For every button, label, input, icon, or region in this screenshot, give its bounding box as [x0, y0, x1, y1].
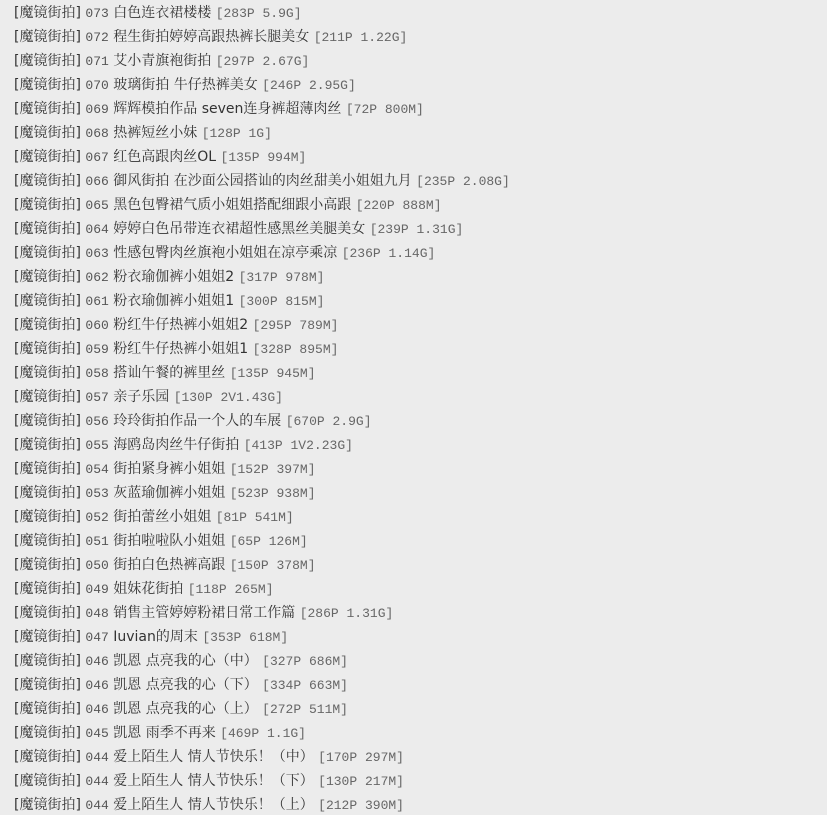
- list-item[interactable]: [魔镜街拍] 047 Iuvian的周末 [353P 618M]: [0, 625, 827, 649]
- item-number: 059: [85, 342, 108, 357]
- item-number: 062: [85, 270, 108, 285]
- list-item[interactable]: [魔镜街拍] 060 粉红牛仔热裤小姐姐2 [295P 789M]: [0, 313, 827, 337]
- series-tag: [魔镜街拍]: [14, 317, 81, 333]
- item-meta: [130P 2V1.43G]: [174, 390, 283, 405]
- item-meta: [353P 618M]: [202, 630, 288, 645]
- item-number: 057: [85, 390, 108, 405]
- item-number: 055: [85, 438, 108, 453]
- item-title: 凯恩 点亮我的心（中）: [113, 653, 257, 669]
- list-item[interactable]: [魔镜街拍] 044 爱上陌生人 情人节快乐！（下） [130P 217M]: [0, 769, 827, 793]
- series-tag: [魔镜街拍]: [14, 533, 81, 549]
- series-tag: [魔镜街拍]: [14, 629, 81, 645]
- series-tag: [魔镜街拍]: [14, 53, 81, 69]
- list-item[interactable]: [魔镜街拍] 065 黑色包臀裙气质小姐姐搭配细跟小高跟 [220P 888M]: [0, 193, 827, 217]
- item-title: 亲子乐园: [113, 389, 169, 405]
- item-title: 程生街拍婷婷高跟热裤长腿美女: [113, 29, 309, 45]
- item-meta: [152P 397M]: [230, 462, 316, 477]
- item-title: 粉衣瑜伽裤小姐姐1: [113, 293, 234, 309]
- item-title: 艾小青旗袍街拍: [113, 53, 211, 69]
- item-meta: [81P 541M]: [216, 510, 294, 525]
- item-number: 044: [85, 750, 108, 765]
- item-number: 058: [85, 366, 108, 381]
- item-number: 066: [85, 174, 108, 189]
- item-meta: [295P 789M]: [253, 318, 339, 333]
- item-number: 073: [85, 6, 108, 21]
- item-meta: [65P 126M]: [230, 534, 308, 549]
- series-tag: [魔镜街拍]: [14, 749, 81, 765]
- list-item[interactable]: [魔镜街拍] 053 灰蓝瑜伽裤小姐姐 [523P 938M]: [0, 481, 827, 505]
- item-meta: [670P 2.9G]: [286, 414, 372, 429]
- list-item[interactable]: [魔镜街拍] 059 粉红牛仔热裤小姐姐1 [328P 895M]: [0, 337, 827, 361]
- item-number: 072: [85, 30, 108, 45]
- item-title: 御风街拍 在沙面公园搭讪的肉丝甜美小姐姐九月: [113, 173, 411, 189]
- series-tag: [魔镜街拍]: [14, 437, 81, 453]
- item-title: 玻璃街拍 牛仔热裤美女: [113, 77, 257, 93]
- list-item[interactable]: [魔镜街拍] 068 热裤短丝小妹 [128P 1G]: [0, 121, 827, 145]
- item-meta: [246P 2.95G]: [262, 78, 356, 93]
- item-title: 凯恩 雨季不再来: [113, 725, 215, 741]
- item-meta: [297P 2.67G]: [216, 54, 310, 69]
- item-title: 街拍紧身裤小姐姐: [113, 461, 225, 477]
- series-tag: [魔镜街拍]: [14, 221, 81, 237]
- item-title: 爱上陌生人 情人节快乐！（中）: [113, 749, 313, 765]
- series-tag: [魔镜街拍]: [14, 341, 81, 357]
- item-meta: [72P 800M]: [346, 102, 424, 117]
- series-tag: [魔镜街拍]: [14, 365, 81, 381]
- item-number: 060: [85, 318, 108, 333]
- list-item[interactable]: [魔镜街拍] 069 辉辉模拍作品 seven连身裤超薄肉丝 [72P 800M…: [0, 97, 827, 121]
- item-title: 姐妹花街拍: [113, 581, 183, 597]
- item-number: 061: [85, 294, 108, 309]
- series-tag: [魔镜街拍]: [14, 773, 81, 789]
- item-number: 063: [85, 246, 108, 261]
- item-number: 050: [85, 558, 108, 573]
- list-item[interactable]: [魔镜街拍] 067 红色高跟肉丝OL [135P 994M]: [0, 145, 827, 169]
- list-item[interactable]: [魔镜街拍] 044 爱上陌生人 情人节快乐！（上） [212P 390M]: [0, 793, 827, 815]
- item-title: 粉红牛仔热裤小姐姐1: [113, 341, 248, 357]
- list-item[interactable]: [魔镜街拍] 073 白色连衣裙楼楼 [283P 5.9G]: [0, 1, 827, 25]
- item-number: 067: [85, 150, 108, 165]
- item-title: 灰蓝瑜伽裤小姐姐: [113, 485, 225, 501]
- list-item[interactable]: [魔镜街拍] 061 粉衣瑜伽裤小姐姐1 [300P 815M]: [0, 289, 827, 313]
- item-title: 街拍啦啦队小姐姐: [113, 533, 225, 549]
- item-title: 凯恩 点亮我的心（下）: [113, 677, 257, 693]
- item-meta: [272P 511M]: [262, 702, 348, 717]
- item-meta: [239P 1.31G]: [370, 222, 464, 237]
- series-tag: [魔镜街拍]: [14, 485, 81, 501]
- item-title: 玲玲街拍作品一个人的车展: [113, 413, 281, 429]
- series-tag: [魔镜街拍]: [14, 701, 81, 717]
- item-meta: [128P 1G]: [202, 126, 272, 141]
- list-item[interactable]: [魔镜街拍] 062 粉衣瑜伽裤小姐姐2 [317P 978M]: [0, 265, 827, 289]
- list-item[interactable]: [魔镜街拍] 070 玻璃街拍 牛仔热裤美女 [246P 2.95G]: [0, 73, 827, 97]
- item-number: 044: [85, 798, 108, 813]
- series-tag: [魔镜街拍]: [14, 125, 81, 141]
- series-tag: [魔镜街拍]: [14, 653, 81, 669]
- series-tag: [魔镜街拍]: [14, 293, 81, 309]
- item-meta: [334P 663M]: [262, 678, 348, 693]
- item-number: 044: [85, 774, 108, 789]
- item-meta: [212P 390M]: [318, 798, 404, 813]
- list-item[interactable]: [魔镜街拍] 064 婷婷白色吊带连衣裙超性感黑丝美腿美女 [239P 1.31…: [0, 217, 827, 241]
- item-title: 性感包臀肉丝旗袍小姐姐在凉亭乘凉: [113, 245, 337, 261]
- series-tag: [魔镜街拍]: [14, 29, 81, 45]
- series-tag: [魔镜街拍]: [14, 173, 81, 189]
- series-tag: [魔镜街拍]: [14, 509, 81, 525]
- item-meta: [300P 815M]: [239, 294, 325, 309]
- item-meta: [286P 1.31G]: [300, 606, 394, 621]
- gallery-list: [魔镜街拍] 073 白色连衣裙楼楼 [283P 5.9G] [魔镜街拍] 07…: [0, 0, 827, 815]
- item-meta: [235P 2.08G]: [416, 174, 510, 189]
- item-meta: [317P 978M]: [239, 270, 325, 285]
- item-title: 热裤短丝小妹: [113, 125, 197, 141]
- item-number: 049: [85, 582, 108, 597]
- series-tag: [魔镜街拍]: [14, 149, 81, 165]
- series-tag: [魔镜街拍]: [14, 725, 81, 741]
- item-title: 辉辉模拍作品 seven连身裤超薄肉丝: [113, 101, 341, 117]
- series-tag: [魔镜街拍]: [14, 77, 81, 93]
- item-meta: [283P 5.9G]: [216, 6, 302, 21]
- item-number: 065: [85, 198, 108, 213]
- item-number: 052: [85, 510, 108, 525]
- series-tag: [魔镜街拍]: [14, 389, 81, 405]
- series-tag: [魔镜街拍]: [14, 677, 81, 693]
- item-number: 046: [85, 702, 108, 717]
- list-item[interactable]: [魔镜街拍] 056 玲玲街拍作品一个人的车展 [670P 2.9G]: [0, 409, 827, 433]
- item-meta: [327P 686M]: [262, 654, 348, 669]
- item-meta: [130P 217M]: [318, 774, 404, 789]
- item-number: 054: [85, 462, 108, 477]
- series-tag: [魔镜街拍]: [14, 101, 81, 117]
- item-meta: [135P 994M]: [221, 150, 307, 165]
- item-title: 销售主管婷婷粉裙日常工作篇: [113, 605, 295, 621]
- item-number: 046: [85, 678, 108, 693]
- series-tag: [魔镜街拍]: [14, 413, 81, 429]
- item-meta: [135P 945M]: [230, 366, 316, 381]
- list-item[interactable]: [魔镜街拍] 046 凯恩 点亮我的心（上） [272P 511M]: [0, 697, 827, 721]
- item-title: 街拍蕾丝小姐姐: [113, 509, 211, 525]
- list-item[interactable]: [魔镜街拍] 048 销售主管婷婷粉裙日常工作篇 [286P 1.31G]: [0, 601, 827, 625]
- list-item[interactable]: [魔镜街拍] 046 凯恩 点亮我的心（下） [334P 663M]: [0, 673, 827, 697]
- item-title: 搭讪午餐的裤里丝: [113, 365, 225, 381]
- item-meta: [413P 1V2.23G]: [244, 438, 353, 453]
- item-number: 068: [85, 126, 108, 141]
- item-title: 粉红牛仔热裤小姐姐2: [113, 317, 248, 333]
- item-meta: [170P 297M]: [318, 750, 404, 765]
- item-number: 045: [85, 726, 108, 741]
- list-item[interactable]: [魔镜街拍] 052 街拍蕾丝小姐姐 [81P 541M]: [0, 505, 827, 529]
- item-meta: [118P 265M]: [188, 582, 274, 597]
- list-item[interactable]: [魔镜街拍] 050 街拍白色热裤高跟 [150P 378M]: [0, 553, 827, 577]
- item-number: 070: [85, 78, 108, 93]
- item-meta: [469P 1.1G]: [220, 726, 306, 741]
- item-number: 048: [85, 606, 108, 621]
- list-item[interactable]: [魔镜街拍] 071 艾小青旗袍街拍 [297P 2.67G]: [0, 49, 827, 73]
- list-item[interactable]: [魔镜街拍] 049 姐妹花街拍 [118P 265M]: [0, 577, 827, 601]
- item-title: 黑色包臀裙气质小姐姐搭配细跟小高跟: [113, 197, 351, 213]
- list-item[interactable]: [魔镜街拍] 044 爱上陌生人 情人节快乐！（中） [170P 297M]: [0, 745, 827, 769]
- item-meta: [328P 895M]: [253, 342, 339, 357]
- list-item[interactable]: [魔镜街拍] 072 程生街拍婷婷高跟热裤长腿美女 [211P 1.22G]: [0, 25, 827, 49]
- item-title: 海鸥岛肉丝牛仔街拍: [113, 437, 239, 453]
- item-title: Iuvian的周末: [113, 629, 198, 645]
- item-meta: [236P 1.14G]: [342, 246, 436, 261]
- series-tag: [魔镜街拍]: [14, 797, 81, 813]
- item-title: 街拍白色热裤高跟: [113, 557, 225, 573]
- item-title: 白色连衣裙楼楼: [113, 5, 211, 21]
- item-number: 056: [85, 414, 108, 429]
- item-meta: [211P 1.22G]: [314, 30, 408, 45]
- item-number: 053: [85, 486, 108, 501]
- list-item[interactable]: [魔镜街拍] 066 御风街拍 在沙面公园搭讪的肉丝甜美小姐姐九月 [235P …: [0, 169, 827, 193]
- item-title: 凯恩 点亮我的心（上）: [113, 701, 257, 717]
- item-title: 粉衣瑜伽裤小姐姐2: [113, 269, 234, 285]
- item-number: 051: [85, 534, 108, 549]
- series-tag: [魔镜街拍]: [14, 605, 81, 621]
- series-tag: [魔镜街拍]: [14, 581, 81, 597]
- list-item[interactable]: [魔镜街拍] 054 街拍紧身裤小姐姐 [152P 397M]: [0, 457, 827, 481]
- item-title: 爱上陌生人 情人节快乐！（下）: [113, 773, 313, 789]
- series-tag: [魔镜街拍]: [14, 197, 81, 213]
- item-meta: [150P 378M]: [230, 558, 316, 573]
- list-item[interactable]: [魔镜街拍] 055 海鸥岛肉丝牛仔街拍 [413P 1V2.23G]: [0, 433, 827, 457]
- item-meta: [523P 938M]: [230, 486, 316, 501]
- list-item[interactable]: [魔镜街拍] 046 凯恩 点亮我的心（中） [327P 686M]: [0, 649, 827, 673]
- item-meta: [220P 888M]: [356, 198, 442, 213]
- item-number: 046: [85, 654, 108, 669]
- list-item[interactable]: [魔镜街拍] 058 搭讪午餐的裤里丝 [135P 945M]: [0, 361, 827, 385]
- item-number: 071: [85, 54, 108, 69]
- series-tag: [魔镜街拍]: [14, 461, 81, 477]
- list-item[interactable]: [魔镜街拍] 057 亲子乐园 [130P 2V1.43G]: [0, 385, 827, 409]
- list-item[interactable]: [魔镜街拍] 051 街拍啦啦队小姐姐 [65P 126M]: [0, 529, 827, 553]
- item-number: 069: [85, 102, 108, 117]
- series-tag: [魔镜街拍]: [14, 269, 81, 285]
- item-number: 047: [85, 630, 108, 645]
- item-title: 爱上陌生人 情人节快乐！（上）: [113, 797, 313, 813]
- series-tag: [魔镜街拍]: [14, 245, 81, 261]
- series-tag: [魔镜街拍]: [14, 5, 81, 21]
- series-tag: [魔镜街拍]: [14, 557, 81, 573]
- item-title: 红色高跟肉丝OL: [113, 149, 216, 165]
- item-title: 婷婷白色吊带连衣裙超性感黑丝美腿美女: [113, 221, 365, 237]
- item-number: 064: [85, 222, 108, 237]
- list-item[interactable]: [魔镜街拍] 063 性感包臀肉丝旗袍小姐姐在凉亭乘凉 [236P 1.14G]: [0, 241, 827, 265]
- list-item[interactable]: [魔镜街拍] 045 凯恩 雨季不再来 [469P 1.1G]: [0, 721, 827, 745]
